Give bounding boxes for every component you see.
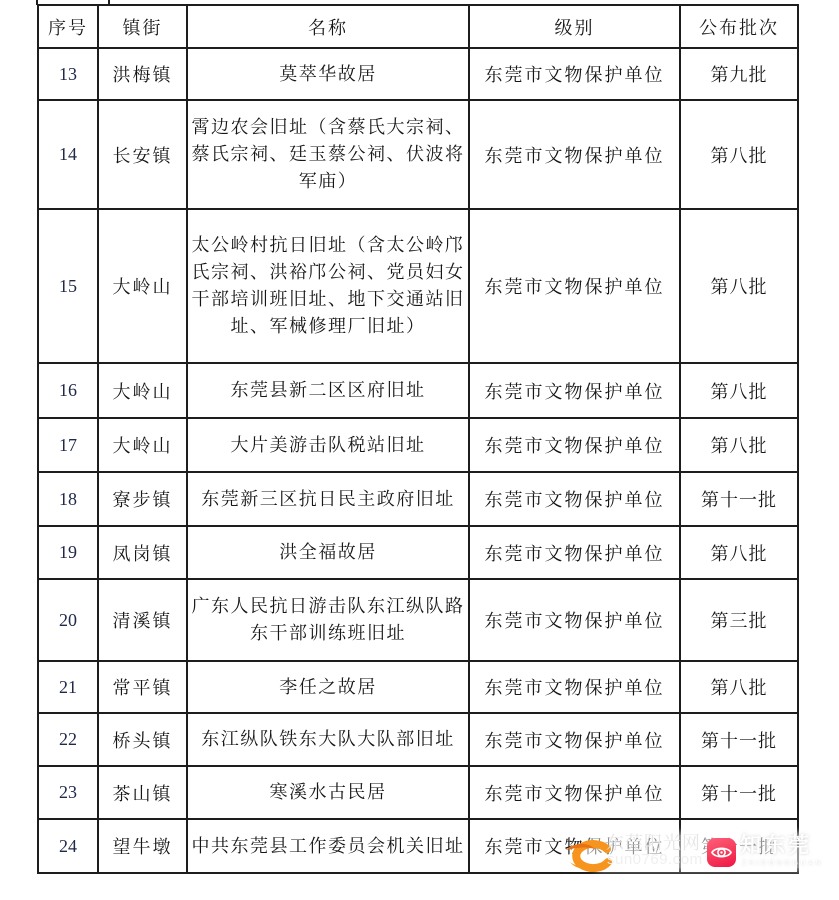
table-row: 17大岭山大片美游击队税站旧址东莞市文物保护单位第八批 [38, 418, 798, 472]
cell-level: 东莞市文物保护单位 [469, 579, 680, 661]
table-row: 24望牛墩中共东莞县工作委员会机关旧址东莞市文物保护单位第十一批 [38, 819, 798, 873]
table-row: 18寮步镇东莞新三区抗日民主政府旧址东莞市文物保护单位第十一批 [38, 472, 798, 526]
cell-level: 东莞市文物保护单位 [469, 661, 680, 713]
cell-town: 大岭山 [98, 209, 187, 363]
cell-no: 18 [38, 472, 98, 526]
cell-batch: 第十一批 [680, 819, 798, 873]
cell-town: 洪梅镇 [98, 48, 187, 100]
cell-name: 广东人民抗日游击队东江纵队路东干部训练班旧址 [187, 579, 469, 661]
cell-level: 东莞市文物保护单位 [469, 100, 680, 209]
cell-level: 东莞市文物保护单位 [469, 209, 680, 363]
cell-town: 大岭山 [98, 418, 187, 472]
cell-name: 太公岭村抗日旧址（含太公岭邝氏宗祠、洪裕邝公祠、党员妇女干部培训班旧址、地下交通… [187, 209, 469, 363]
column-header-level: 级别 [469, 5, 680, 48]
cell-no: 23 [38, 766, 98, 819]
cell-level: 东莞市文物保护单位 [469, 472, 680, 526]
cell-town: 桥头镇 [98, 713, 187, 766]
cell-name: 中共东莞县工作委员会机关旧址 [187, 819, 469, 873]
cell-town: 寮步镇 [98, 472, 187, 526]
cell-level: 东莞市文物保护单位 [469, 363, 680, 418]
heritage-sites-table: 序号 镇街 名称 级别 公布批次 13洪梅镇莫萃华故居东莞市文物保护单位第九批1… [37, 4, 799, 874]
cell-town: 清溪镇 [98, 579, 187, 661]
table-row: 15大岭山太公岭村抗日旧址（含太公岭邝氏宗祠、洪裕邝公祠、党员妇女干部培训班旧址… [38, 209, 798, 363]
cell-no: 13 [38, 48, 98, 100]
cell-town: 凤岗镇 [98, 526, 187, 579]
cell-batch: 第八批 [680, 418, 798, 472]
cell-batch: 第八批 [680, 209, 798, 363]
cell-no: 24 [38, 819, 98, 873]
cell-name: 大片美游击队税站旧址 [187, 418, 469, 472]
cell-name: 莫萃华故居 [187, 48, 469, 100]
table-row: 14长安镇霄边农会旧址（含蔡氏大宗祠、蔡氏宗祠、廷玉蔡公祠、伏波将军庙）东莞市文… [38, 100, 798, 209]
cell-batch: 第十一批 [680, 472, 798, 526]
cell-town: 常平镇 [98, 661, 187, 713]
cell-batch: 第十一批 [680, 713, 798, 766]
table-row: 20清溪镇广东人民抗日游击队东江纵队路东干部训练班旧址东莞市文物保护单位第三批 [38, 579, 798, 661]
cell-no: 22 [38, 713, 98, 766]
cell-level: 东莞市文物保护单位 [469, 526, 680, 579]
table-row: 23茶山镇寒溪水古民居东莞市文物保护单位第十一批 [38, 766, 798, 819]
cell-name: 霄边农会旧址（含蔡氏大宗祠、蔡氏宗祠、廷玉蔡公祠、伏波将军庙） [187, 100, 469, 209]
column-header-town: 镇街 [98, 5, 187, 48]
cell-batch: 第八批 [680, 100, 798, 209]
cell-name: 李任之故居 [187, 661, 469, 713]
cell-batch: 第三批 [680, 579, 798, 661]
cell-name: 东江纵队铁东大队大队部旧址 [187, 713, 469, 766]
table-row: 16大岭山东莞县新二区区府旧址东莞市文物保护单位第八批 [38, 363, 798, 418]
cell-no: 15 [38, 209, 98, 363]
table-row: 13洪梅镇莫萃华故居东莞市文物保护单位第九批 [38, 48, 798, 100]
cell-town: 茶山镇 [98, 766, 187, 819]
column-header-batch: 公布批次 [680, 5, 798, 48]
cell-town: 长安镇 [98, 100, 187, 209]
cell-level: 东莞市文物保护单位 [469, 418, 680, 472]
column-header-no: 序号 [38, 5, 98, 48]
cell-no: 20 [38, 579, 98, 661]
table-row: 22桥头镇东江纵队铁东大队大队部旧址东莞市文物保护单位第十一批 [38, 713, 798, 766]
cell-no: 17 [38, 418, 98, 472]
cell-name: 洪全福故居 [187, 526, 469, 579]
cell-batch: 第八批 [680, 661, 798, 713]
cell-level: 东莞市文物保护单位 [469, 766, 680, 819]
cell-name: 寒溪水古民居 [187, 766, 469, 819]
header-row: 序号 镇街 名称 级别 公布批次 [38, 5, 798, 48]
cell-town: 大岭山 [98, 363, 187, 418]
table-row: 19凤岗镇洪全福故居东莞市文物保护单位第八批 [38, 526, 798, 579]
cell-batch: 第八批 [680, 526, 798, 579]
cell-town: 望牛墩 [98, 819, 187, 873]
cell-level: 东莞市文物保护单位 [469, 819, 680, 873]
cell-level: 东莞市文物保护单位 [469, 713, 680, 766]
cell-no: 21 [38, 661, 98, 713]
cell-level: 东莞市文物保护单位 [469, 48, 680, 100]
cell-no: 19 [38, 526, 98, 579]
cell-no: 14 [38, 100, 98, 209]
column-header-name: 名称 [187, 5, 469, 48]
cell-no: 16 [38, 363, 98, 418]
cell-name: 东莞新三区抗日民主政府旧址 [187, 472, 469, 526]
cell-batch: 第十一批 [680, 766, 798, 819]
cell-name: 东莞县新二区区府旧址 [187, 363, 469, 418]
cell-batch: 第八批 [680, 363, 798, 418]
cell-batch: 第九批 [680, 48, 798, 100]
table-row: 21常平镇李任之故居东莞市文物保护单位第八批 [38, 661, 798, 713]
